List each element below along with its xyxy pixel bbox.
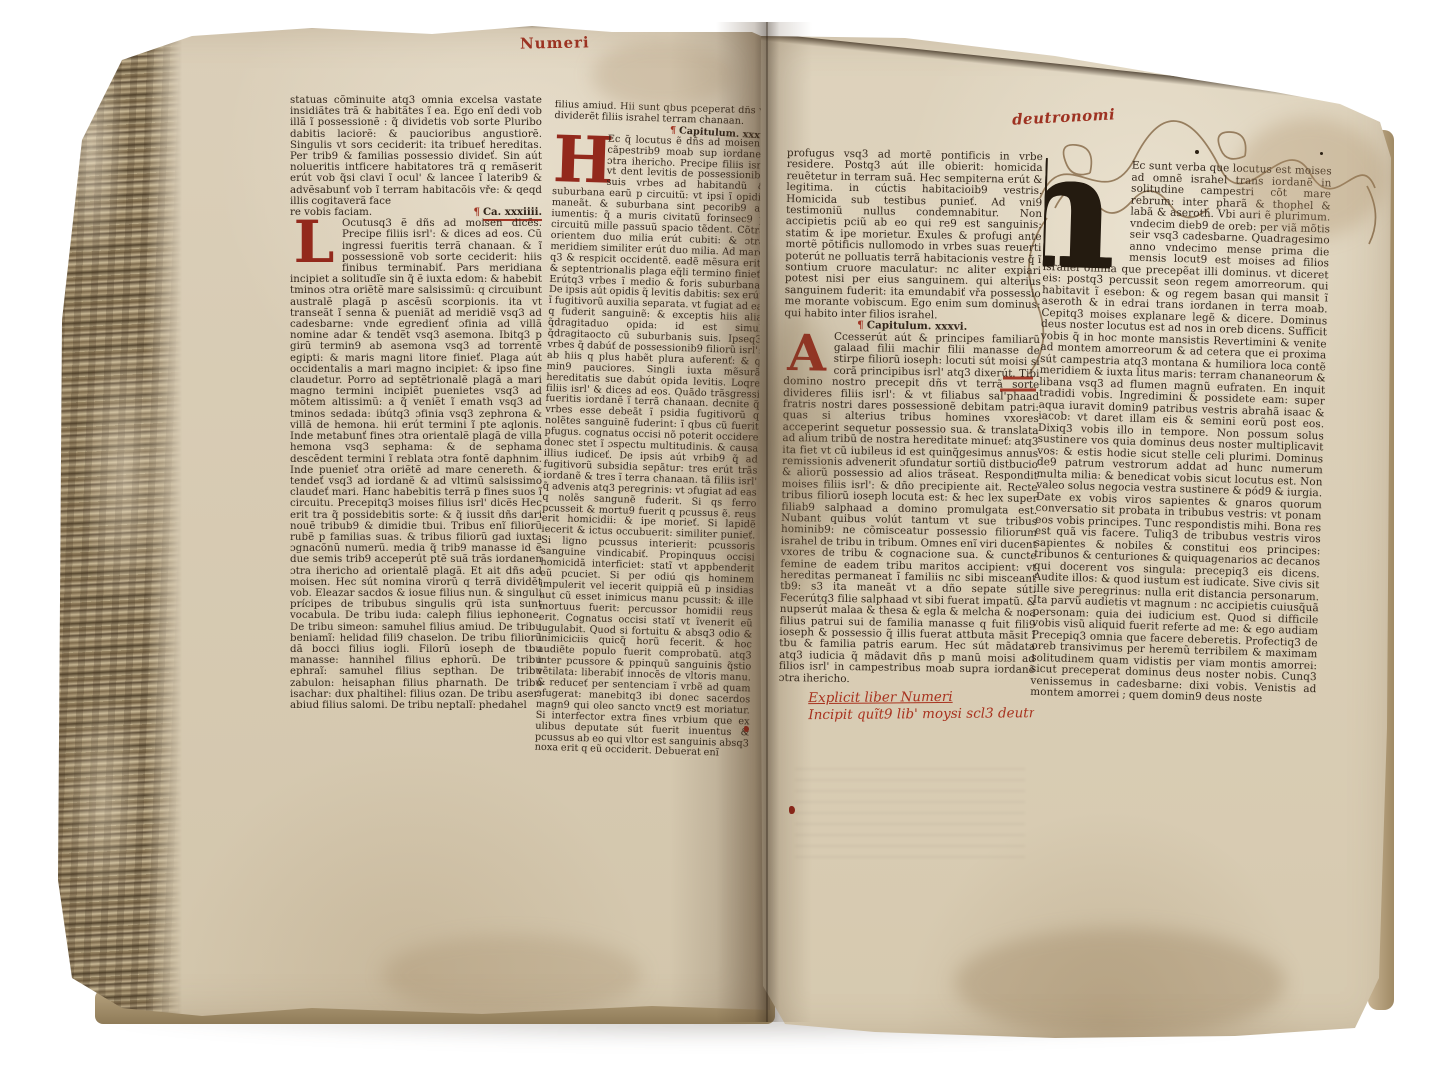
left-page: Numeri statuas cõminuite atq3 omnia exce… — [52, 20, 770, 1022]
catchline: re vobis faciam. — [290, 207, 372, 218]
text-column-4: hEc sunt verba que locutus est moises ad… — [1025, 158, 1332, 888]
right-page: deutronomi profugus vsq3 ad mortẽ pontif… — [755, 28, 1395, 1042]
decorated-initial-H-wrap: h — [1043, 158, 1132, 255]
incipit-line: Incipit quĩt9 lib' moysi scl3 deutronomi — [808, 705, 1034, 723]
lombard-initial-L: L — [290, 219, 338, 265]
paragraph-numbers35-end: profugus vsq3 ad mortẽ pontificis in vrb… — [784, 148, 1043, 323]
running-head-deuteronomi: deutronomi — [1012, 105, 1116, 128]
running-head-numeri: Numeri — [520, 33, 590, 52]
paper-stain — [592, 40, 732, 110]
paragraph-numbers34: LOcutusq3 ẽ dñs ad moisen dicẽs. Precipe… — [290, 218, 542, 711]
pilcrow-icon: ¶ — [473, 206, 482, 218]
rubric-explicit-incipit: Explicit liber Numeri Incipit quĩt9 lib'… — [808, 688, 1034, 723]
paragraph-deuteronomy1: hEc sunt verba que locutus est moises ad… — [1030, 158, 1332, 707]
photo-background: Numeri statuas cõminuite atq3 omnia exce… — [0, 0, 1445, 1084]
red-ink-speck — [744, 726, 749, 732]
pilcrow-icon: ¶ — [857, 319, 867, 331]
page-top-edge — [754, 32, 1411, 109]
paper-stain — [382, 935, 642, 1015]
chapter-heading-34: re vobis faciam. ¶Ca. xxxiiii. — [290, 207, 542, 218]
paper-stain — [955, 928, 1285, 1038]
text-column-2: filius amiud. Hii sunt qbus pceperat dñs… — [531, 100, 769, 878]
red-ink-speck — [789, 806, 795, 814]
lombard-initial-A: A — [783, 331, 830, 374]
lombard-initial-H: H — [552, 134, 604, 188]
text-column-1: statuas cõminuite atq3 omnia excelsa vas… — [290, 95, 542, 877]
paragraph-numbers36: ACcesserút aút & principes familiarũ gal… — [779, 330, 1041, 688]
chapter-label: ¶Ca. xxxiiii. — [473, 207, 542, 218]
ink-dot — [1195, 150, 1199, 154]
paragraph-numbers35: HEc q̃ locutus ẽ dñs ad moisen ĩ cãpestr… — [534, 133, 767, 761]
fore-edge-leaf-stack — [52, 28, 182, 1018]
ink-dot — [1320, 152, 1323, 155]
text-column-3: profugus vsq3 ad mortẽ pontificis in vrb… — [777, 148, 1043, 792]
paragraph-numbers33-end: statuas cõminuite atq3 omnia excelsa vas… — [290, 95, 542, 207]
